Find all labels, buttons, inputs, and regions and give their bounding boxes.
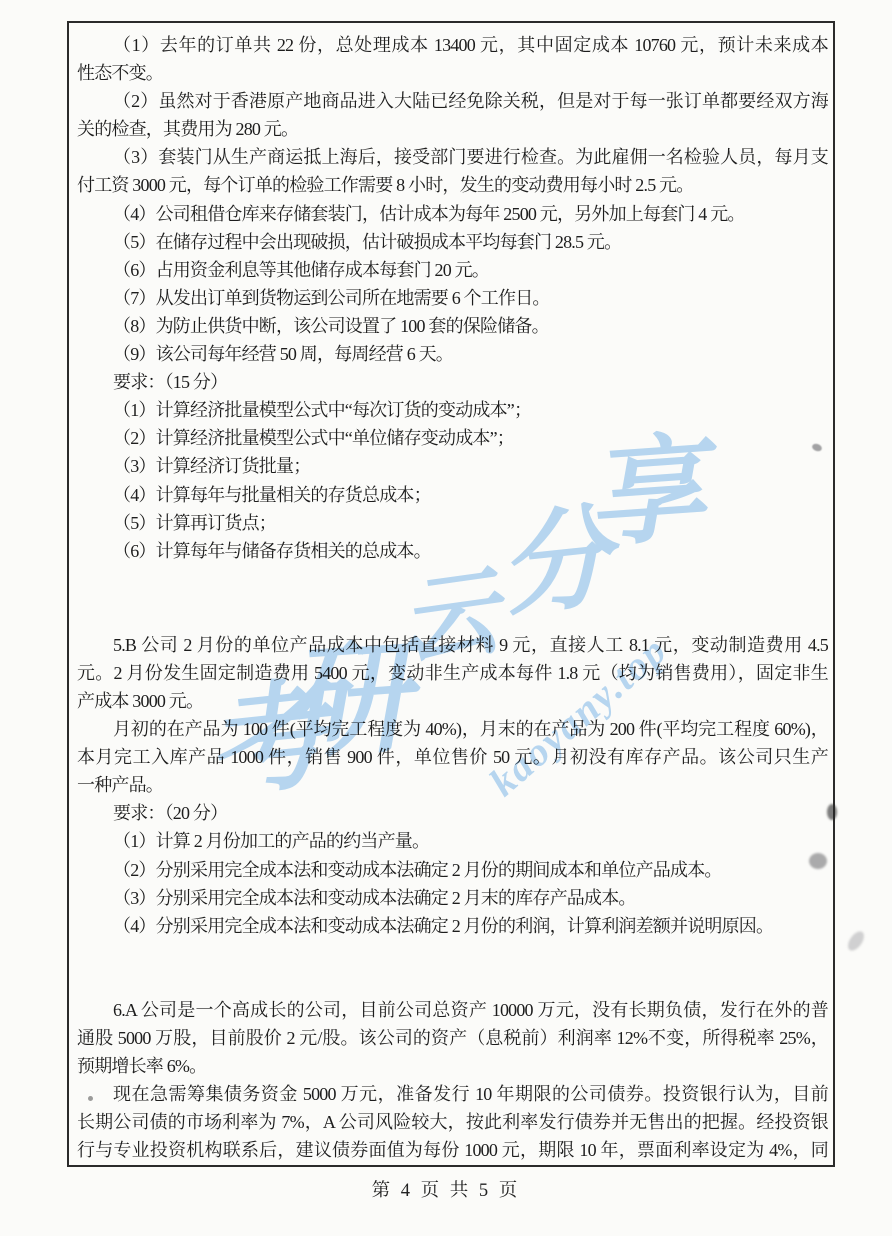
text-line: （5）在储存过程中会出现破损，估计破损成本平均每套门 28.5 元。 [77,228,828,256]
text-line: 长期公司债的市场利率为 7%，A 公司风险较大，按此利率发行债券并无售出的把握。… [77,1108,828,1136]
section-gap [77,940,828,996]
text-line: （2）计算经济批量模型公式中“单位储存变动成本”； [77,424,828,452]
text-line: 付工资 3000 元，每个订单的检验工作需要 8 小时，发生的变动费用每小时 2… [77,171,828,199]
text-line: 本月完工入库产品 1000 件，销售 900 件，单位售价 50 元。月初没有库… [77,743,828,771]
text-line: 现在急需筹集债务资金 5000 万元，准备发行 10 年期限的公司债券。投资银行… [77,1080,828,1108]
scan-artifact [845,929,867,954]
text-line: （1）去年的订单共 22 份，总处理成本 13400 元，其中固定成本 1076… [77,31,828,59]
text-line: （1）计算 2 月份加工的产品的约当产量。 [77,827,828,855]
text-line: 通股 5000 万股，目前股价 2 元/股。该公司的资产（息税前）利润率 12%… [77,1024,828,1052]
text-line: （3）分别采用完全成本法和变动成本法确定 2 月末的库存产品成本。 [77,884,828,912]
scan-artifact [827,804,837,820]
text-line: （1）计算经济批量模型公式中“每次订货的变动成本”； [77,396,828,424]
text-line: （8）为防止供货中断，该公司设置了 100 套的保险储备。 [77,312,828,340]
scanned-exam-page: （1）去年的订单共 22 份，总处理成本 13400 元，其中固定成本 1076… [0,0,892,1236]
text-line: （6）占用资金利息等其他储存成本每套门 20 元。 [77,256,828,284]
text-line: （7）从发出订单到货物运到公司所在地需要 6 个工作日。 [77,284,828,312]
text-line: （4）分别采用完全成本法和变动成本法确定 2 月份的利润，计算利润差额并说明原因… [77,912,828,940]
requirements-heading: 要求：（15 分） [77,368,828,396]
text-line: （4）公司租借仓库来存储套装门，估计成本为每年 2500 元，另外加上每套门 4… [77,200,828,228]
text-line: 性态不变。 [77,59,828,87]
scan-artifact [809,853,827,869]
text-line: 元。2 月份发生固定制造费用 5400 元，变动非生产成本每件 1.8 元（均为… [77,659,828,687]
text-line: （2）分别采用完全成本法和变动成本法确定 2 月份的期间成本和单位产品成本。 [77,856,828,884]
text-line: 行与专业投资机构联系后，建议债券面值为每份 1000 元，期限 10 年，票面利… [77,1136,828,1164]
question-6-start: 6.A 公司是一个高成长的公司，目前公司总资产 10000 万元，没有长期负债，… [77,996,828,1024]
question-5-start: 5.B 公司 2 月份的单位产品成本中包括直接材料 9 元，直接人工 8.1 元… [77,631,828,659]
text-line: （3）套装门从生产商运抵上海后，接受部门要进行检查。为此雇佣一名检验人员，每月支 [77,143,828,171]
requirements-heading: 要求：（20 分） [77,799,828,827]
content-border-frame: （1）去年的订单共 22 份，总处理成本 13400 元，其中固定成本 1076… [67,21,835,1167]
text-line: （4）计算每年与批量相关的存货总成本； [77,481,828,509]
section-gap [77,565,828,631]
text-line: 预期增长率 6%。 [77,1052,828,1080]
scan-artifact [88,1096,93,1101]
text-line: 一种产品。 [77,771,828,799]
text-line: （5）计算再订货点； [77,509,828,537]
text-line: （6）计算每年与储备存货相关的总成本。 [77,537,828,565]
text-line: （3）计算经济订货批量； [77,452,828,480]
text-line: （9）该公司每年经营 50 周，每周经营 6 天。 [77,340,828,368]
page-number: 第 4 页 共 5 页 [0,1176,892,1202]
text-line: 关的检查，其费用为 280 元。 [77,115,828,143]
text-line: 月初的在产品为 100 件(平均完工程度为 40%)，月末的在产品为 200 件… [77,715,828,743]
text-line: 产成本 3000 元。 [77,687,828,715]
text-line: （2）虽然对于香港原产地商品进入大陆已经免除关税，但是对于每一张订单都要经双方海 [77,87,828,115]
